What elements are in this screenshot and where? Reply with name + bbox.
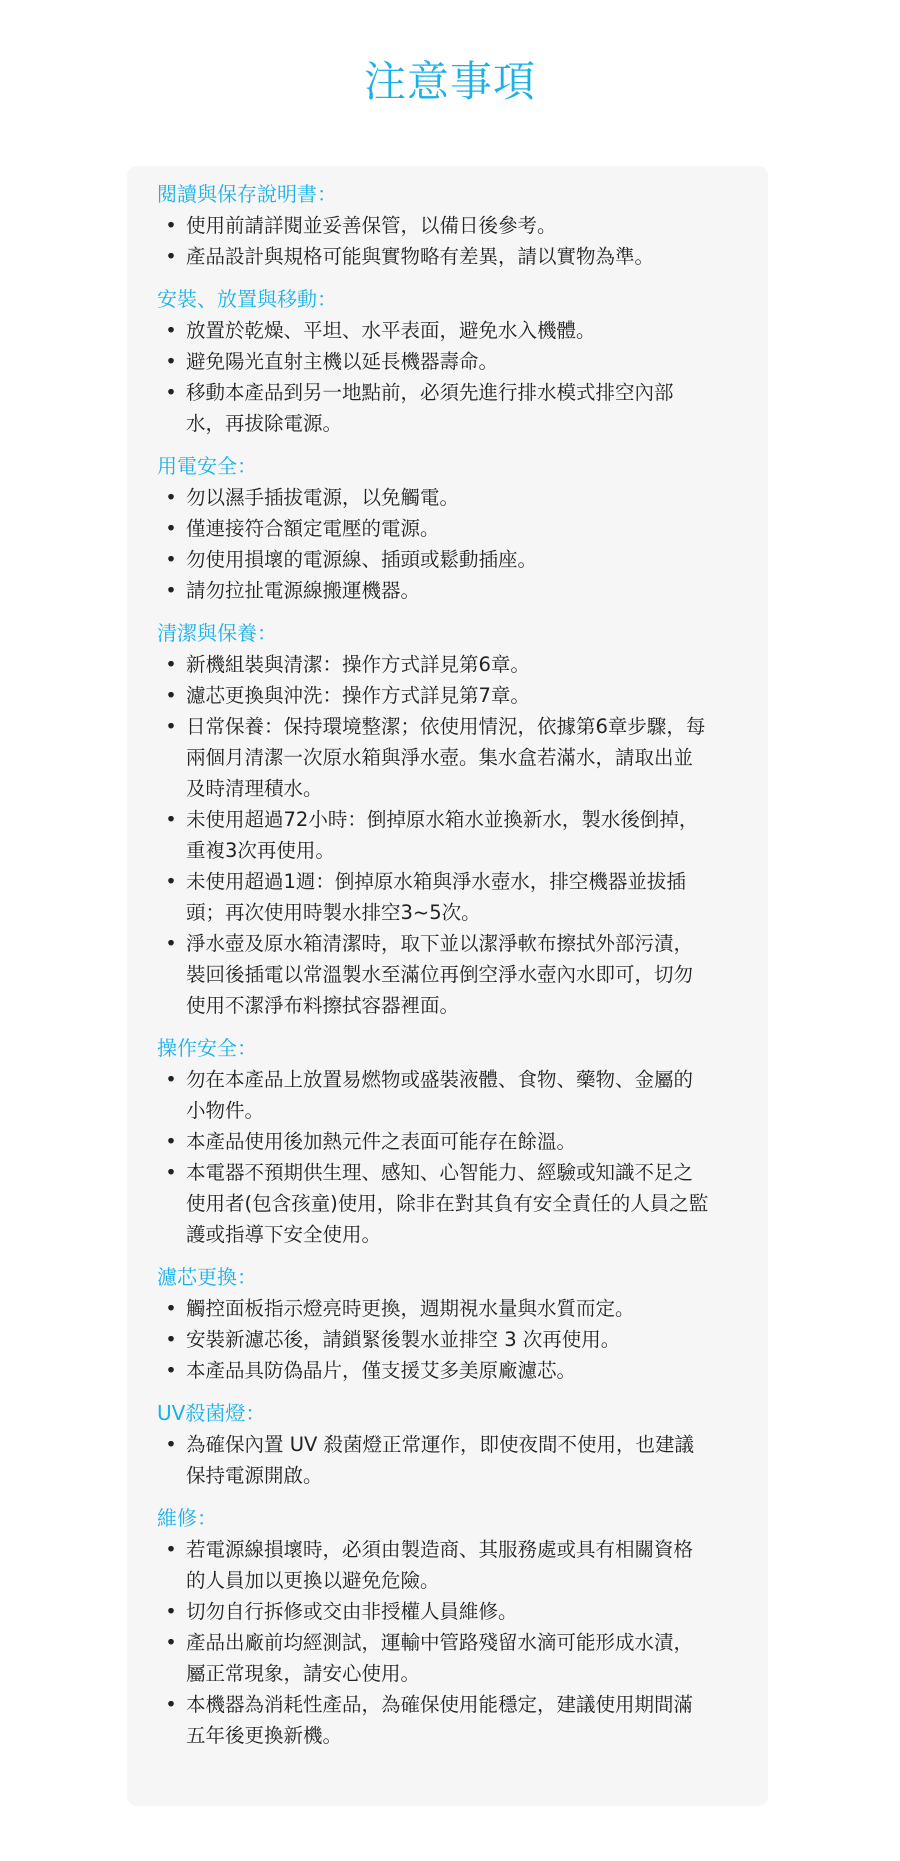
section-heading: UV殺菌燈： — [157, 1398, 738, 1429]
list-item: •未使用超過1週：倒掉原水箱與淨水壺水，排空機器並拔插頭；再次使用時製水排空3~… — [157, 866, 709, 928]
list-item-text: 勿使用損壞的電源線、插頭或鬆動插座。 — [186, 544, 709, 575]
list-item: •請勿拉扯電源線搬運機器。 — [157, 575, 709, 606]
list-item: •觸控面板指示燈亮時更換，週期視水量與水質而定。 — [157, 1293, 709, 1324]
list-item: •本產品使用後加熱元件之表面可能存在餘溫。 — [157, 1126, 709, 1157]
bullet-icon: • — [165, 544, 177, 575]
bullet-icon: • — [165, 575, 177, 606]
bullet-icon: • — [165, 1534, 177, 1565]
list-item-text: 本產品使用後加熱元件之表面可能存在餘溫。 — [186, 1126, 709, 1157]
list-item-text: 日常保養：保持環境整潔；依使用情況，依據第6章步驟，每兩個月清潔一次原水箱與淨水… — [186, 711, 709, 804]
bullet-icon: • — [165, 866, 177, 897]
list-item-text: 淨水壺及原水箱清潔時，取下並以潔淨軟布擦拭外部污漬，裝回後插電以常溫製水至滿位再… — [186, 928, 709, 1021]
bullet-icon: • — [165, 1064, 177, 1095]
list-item: •避免陽光直射主機以延長機器壽命。 — [157, 346, 709, 377]
list-item-text: 為確保內置 UV 殺菌燈正常運作，即使夜間不使用，也建議保持電源開啟。 — [186, 1429, 709, 1491]
list-item: •使用前請詳閱並妥善保管，以備日後參考。 — [157, 210, 709, 241]
notice-panel: 閱讀與保存說明書：•使用前請詳閱並妥善保管，以備日後參考。•產品設計與規格可能與… — [127, 166, 768, 1806]
bullet-icon: • — [165, 1627, 177, 1658]
section-heading: 用電安全： — [157, 451, 738, 482]
section-list: •勿在本產品上放置易燃物或盛裝液體、食物、藥物、金屬的小物件。•本產品使用後加熱… — [157, 1064, 738, 1250]
section-heading: 閱讀與保存說明書： — [157, 179, 738, 210]
list-item-text: 請勿拉扯電源線搬運機器。 — [186, 575, 709, 606]
list-item-text: 觸控面板指示燈亮時更換，週期視水量與水質而定。 — [186, 1293, 709, 1324]
list-item: •新機組裝與清潔：操作方式詳見第6章。 — [157, 649, 709, 680]
list-item: •濾芯更換與沖洗：操作方式詳見第7章。 — [157, 680, 709, 711]
bullet-icon: • — [165, 210, 177, 241]
notice-section: UV殺菌燈：•為確保內置 UV 殺菌燈正常運作，即使夜間不使用，也建議保持電源開… — [157, 1398, 738, 1491]
bullet-icon: • — [165, 649, 177, 680]
list-item: •切勿自行拆修或交由非授權人員維修。 — [157, 1596, 709, 1627]
notice-section: 濾芯更換：•觸控面板指示燈亮時更換，週期視水量與水質而定。•安裝新濾芯後，請鎖緊… — [157, 1262, 738, 1386]
section-heading: 清潔與保養： — [157, 618, 738, 649]
list-item: •放置於乾燥、平坦、水平表面，避免水入機體。 — [157, 315, 709, 346]
list-item-text: 若電源線損壞時，必須由製造商、其服務處或具有相關資格的人員加以更換以避免危險。 — [186, 1534, 709, 1596]
notice-section: 用電安全：•勿以濕手插拔電源，以免觸電。•僅連接符合額定電壓的電源。•勿使用損壞… — [157, 451, 738, 606]
section-list: •新機組裝與清潔：操作方式詳見第6章。•濾芯更換與沖洗：操作方式詳見第7章。•日… — [157, 649, 738, 1021]
list-item-text: 勿以濕手插拔電源，以免觸電。 — [186, 482, 709, 513]
list-item: •產品出廠前均經測試，運輸中管路殘留水滴可能形成水漬，屬正常現象，請安心使用。 — [157, 1627, 709, 1689]
bullet-icon: • — [165, 1324, 177, 1355]
list-item: •若電源線損壞時，必須由製造商、其服務處或具有相關資格的人員加以更換以避免危險。 — [157, 1534, 709, 1596]
bullet-icon: • — [165, 1126, 177, 1157]
page-title: 注意事項 — [0, 54, 900, 110]
list-item-text: 安裝新濾芯後，請鎖緊後製水並排空 3 次再使用。 — [186, 1324, 709, 1355]
list-item-text: 本電器不預期供生理、感知、心智能力、經驗或知識不足之使用者(包含孩童)使用，除非… — [186, 1157, 709, 1250]
section-heading: 維修： — [157, 1503, 738, 1534]
list-item: •安裝新濾芯後，請鎖緊後製水並排空 3 次再使用。 — [157, 1324, 709, 1355]
notice-section: 清潔與保養：•新機組裝與清潔：操作方式詳見第6章。•濾芯更換與沖洗：操作方式詳見… — [157, 618, 738, 1021]
section-heading: 濾芯更換： — [157, 1262, 738, 1293]
list-item-text: 避免陽光直射主機以延長機器壽命。 — [186, 346, 709, 377]
list-item-text: 濾芯更換與沖洗：操作方式詳見第7章。 — [186, 680, 709, 711]
section-list: •放置於乾燥、平坦、水平表面，避免水入機體。•避免陽光直射主機以延長機器壽命。•… — [157, 315, 738, 439]
list-item-text: 僅連接符合額定電壓的電源。 — [186, 513, 709, 544]
notice-section: 閱讀與保存說明書：•使用前請詳閱並妥善保管，以備日後參考。•產品設計與規格可能與… — [157, 179, 738, 272]
bullet-icon: • — [165, 346, 177, 377]
list-item: •為確保內置 UV 殺菌燈正常運作，即使夜間不使用，也建議保持電源開啟。 — [157, 1429, 709, 1491]
list-item-text: 本產品具防偽晶片，僅支援艾多美原廠濾芯。 — [186, 1355, 709, 1386]
section-list: •使用前請詳閱並妥善保管，以備日後參考。•產品設計與規格可能與實物略有差異，請以… — [157, 210, 738, 272]
list-item: •淨水壺及原水箱清潔時，取下並以潔淨軟布擦拭外部污漬，裝回後插電以常溫製水至滿位… — [157, 928, 709, 1021]
list-item-text: 產品出廠前均經測試，運輸中管路殘留水滴可能形成水漬，屬正常現象，請安心使用。 — [186, 1627, 709, 1689]
list-item: •未使用超過72小時：倒掉原水箱水並換新水，製水後倒掉，重複3次再使用。 — [157, 804, 709, 866]
list-item-text: 新機組裝與清潔：操作方式詳見第6章。 — [186, 649, 709, 680]
bullet-icon: • — [165, 1355, 177, 1386]
bullet-icon: • — [165, 928, 177, 959]
list-item: •本電器不預期供生理、感知、心智能力、經驗或知識不足之使用者(包含孩童)使用，除… — [157, 1157, 709, 1250]
bullet-icon: • — [165, 377, 177, 408]
list-item-text: 勿在本產品上放置易燃物或盛裝液體、食物、藥物、金屬的小物件。 — [186, 1064, 709, 1126]
notice-section: 維修：•若電源線損壞時，必須由製造商、其服務處或具有相關資格的人員加以更換以避免… — [157, 1503, 738, 1751]
bullet-icon: • — [165, 241, 177, 272]
section-heading: 操作安全： — [157, 1033, 738, 1064]
list-item-text: 產品設計與規格可能與實物略有差異，請以實物為準。 — [186, 241, 709, 272]
list-item-text: 放置於乾燥、平坦、水平表面，避免水入機體。 — [186, 315, 709, 346]
bullet-icon: • — [165, 315, 177, 346]
bullet-icon: • — [165, 1293, 177, 1324]
bullet-icon: • — [165, 804, 177, 835]
list-item: •移動本產品到另一地點前，必須先進行排水模式排空內部水，再拔除電源。 — [157, 377, 709, 439]
list-item-text: 使用前請詳閱並妥善保管，以備日後參考。 — [186, 210, 709, 241]
list-item: •本機器為消耗性產品，為確保使用能穩定，建議使用期間滿五年後更換新機。 — [157, 1689, 709, 1751]
section-list: •若電源線損壞時，必須由製造商、其服務處或具有相關資格的人員加以更換以避免危險。… — [157, 1534, 738, 1751]
list-item: •日常保養：保持環境整潔；依使用情況，依據第6章步驟，每兩個月清潔一次原水箱與淨… — [157, 711, 709, 804]
section-list: •觸控面板指示燈亮時更換，週期視水量與水質而定。•安裝新濾芯後，請鎖緊後製水並排… — [157, 1293, 738, 1386]
list-item: •僅連接符合額定電壓的電源。 — [157, 513, 709, 544]
section-heading: 安裝、放置與移動： — [157, 284, 738, 315]
bullet-icon: • — [165, 482, 177, 513]
bullet-icon: • — [165, 680, 177, 711]
list-item-text: 移動本產品到另一地點前，必須先進行排水模式排空內部水，再拔除電源。 — [186, 377, 709, 439]
list-item: •勿使用損壞的電源線、插頭或鬆動插座。 — [157, 544, 709, 575]
bullet-icon: • — [165, 1689, 177, 1720]
bullet-icon: • — [165, 513, 177, 544]
list-item-text: 未使用超過72小時：倒掉原水箱水並換新水，製水後倒掉，重複3次再使用。 — [186, 804, 709, 866]
section-list: •為確保內置 UV 殺菌燈正常運作，即使夜間不使用，也建議保持電源開啟。 — [157, 1429, 738, 1491]
notice-section: 操作安全：•勿在本產品上放置易燃物或盛裝液體、食物、藥物、金屬的小物件。•本產品… — [157, 1033, 738, 1250]
list-item-text: 切勿自行拆修或交由非授權人員維修。 — [186, 1596, 709, 1627]
bullet-icon: • — [165, 711, 177, 742]
list-item: •產品設計與規格可能與實物略有差異，請以實物為準。 — [157, 241, 709, 272]
list-item: •勿以濕手插拔電源，以免觸電。 — [157, 482, 709, 513]
bullet-icon: • — [165, 1157, 177, 1188]
list-item-text: 未使用超過1週：倒掉原水箱與淨水壺水，排空機器並拔插頭；再次使用時製水排空3~5… — [186, 866, 709, 928]
list-item: •勿在本產品上放置易燃物或盛裝液體、食物、藥物、金屬的小物件。 — [157, 1064, 709, 1126]
list-item-text: 本機器為消耗性產品，為確保使用能穩定，建議使用期間滿五年後更換新機。 — [186, 1689, 709, 1751]
bullet-icon: • — [165, 1596, 177, 1627]
list-item: •本產品具防偽晶片，僅支援艾多美原廠濾芯。 — [157, 1355, 709, 1386]
section-list: •勿以濕手插拔電源，以免觸電。•僅連接符合額定電壓的電源。•勿使用損壞的電源線、… — [157, 482, 738, 606]
bullet-icon: • — [165, 1429, 177, 1460]
notice-section: 安裝、放置與移動：•放置於乾燥、平坦、水平表面，避免水入機體。•避免陽光直射主機… — [157, 284, 738, 439]
